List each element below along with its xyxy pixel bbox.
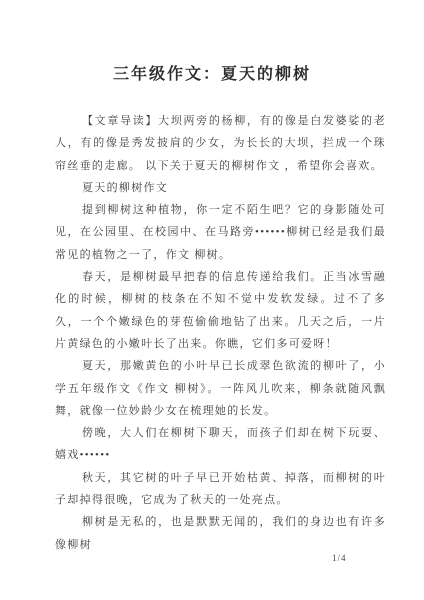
paragraph-spring: 春天，是柳树最早把春的信息传递给我们。正当冰雪融化的时候，柳树的枝条在不知不觉中… [55, 266, 386, 355]
paragraph-autumn: 秋天，其它树的叶子早已开始枯黄、掉落，而柳树的叶子却掉得很晚，它成为了秋天的一处… [55, 467, 386, 512]
paragraph-evening: 傍晚，大人们在柳树下聊天，而孩子们却在树下玩耍、嬉戏•••••• [55, 422, 386, 467]
document-body: 【文章导读】大坝两旁的杨柳，有的像是白发婆娑的老人，有的像是秀发披肩的少女，为长… [55, 110, 386, 556]
paragraph-summer: 夏天，那嫩黄色的小叶早已长成翠色欲流的柳叶了，小学五年级作文《作文 柳树》。一阵… [55, 355, 386, 422]
paragraph-intro: 【文章导读】大坝两旁的杨柳，有的像是白发婆娑的老人，有的像是秀发披肩的少女，为长… [55, 110, 386, 177]
document-page: 三年级作文：夏天的柳树 【文章导读】大坝两旁的杨柳，有的像是白发婆娑的老人，有的… [0, 0, 424, 600]
document-title: 三年级作文：夏天的柳树 [0, 61, 424, 84]
page-number: 1/4 [332, 553, 347, 563]
paragraph-closing: 柳树是无私的，也是默默无闻的，我们的身边也有许多像柳树 [55, 511, 386, 556]
paragraph-subtitle: 夏天的柳树作文 [55, 177, 386, 199]
paragraph-overview: 提到柳树这种植物，你一定不陌生吧？它的身影随处可见，在公园里、在校园中、在马路旁… [55, 199, 386, 266]
